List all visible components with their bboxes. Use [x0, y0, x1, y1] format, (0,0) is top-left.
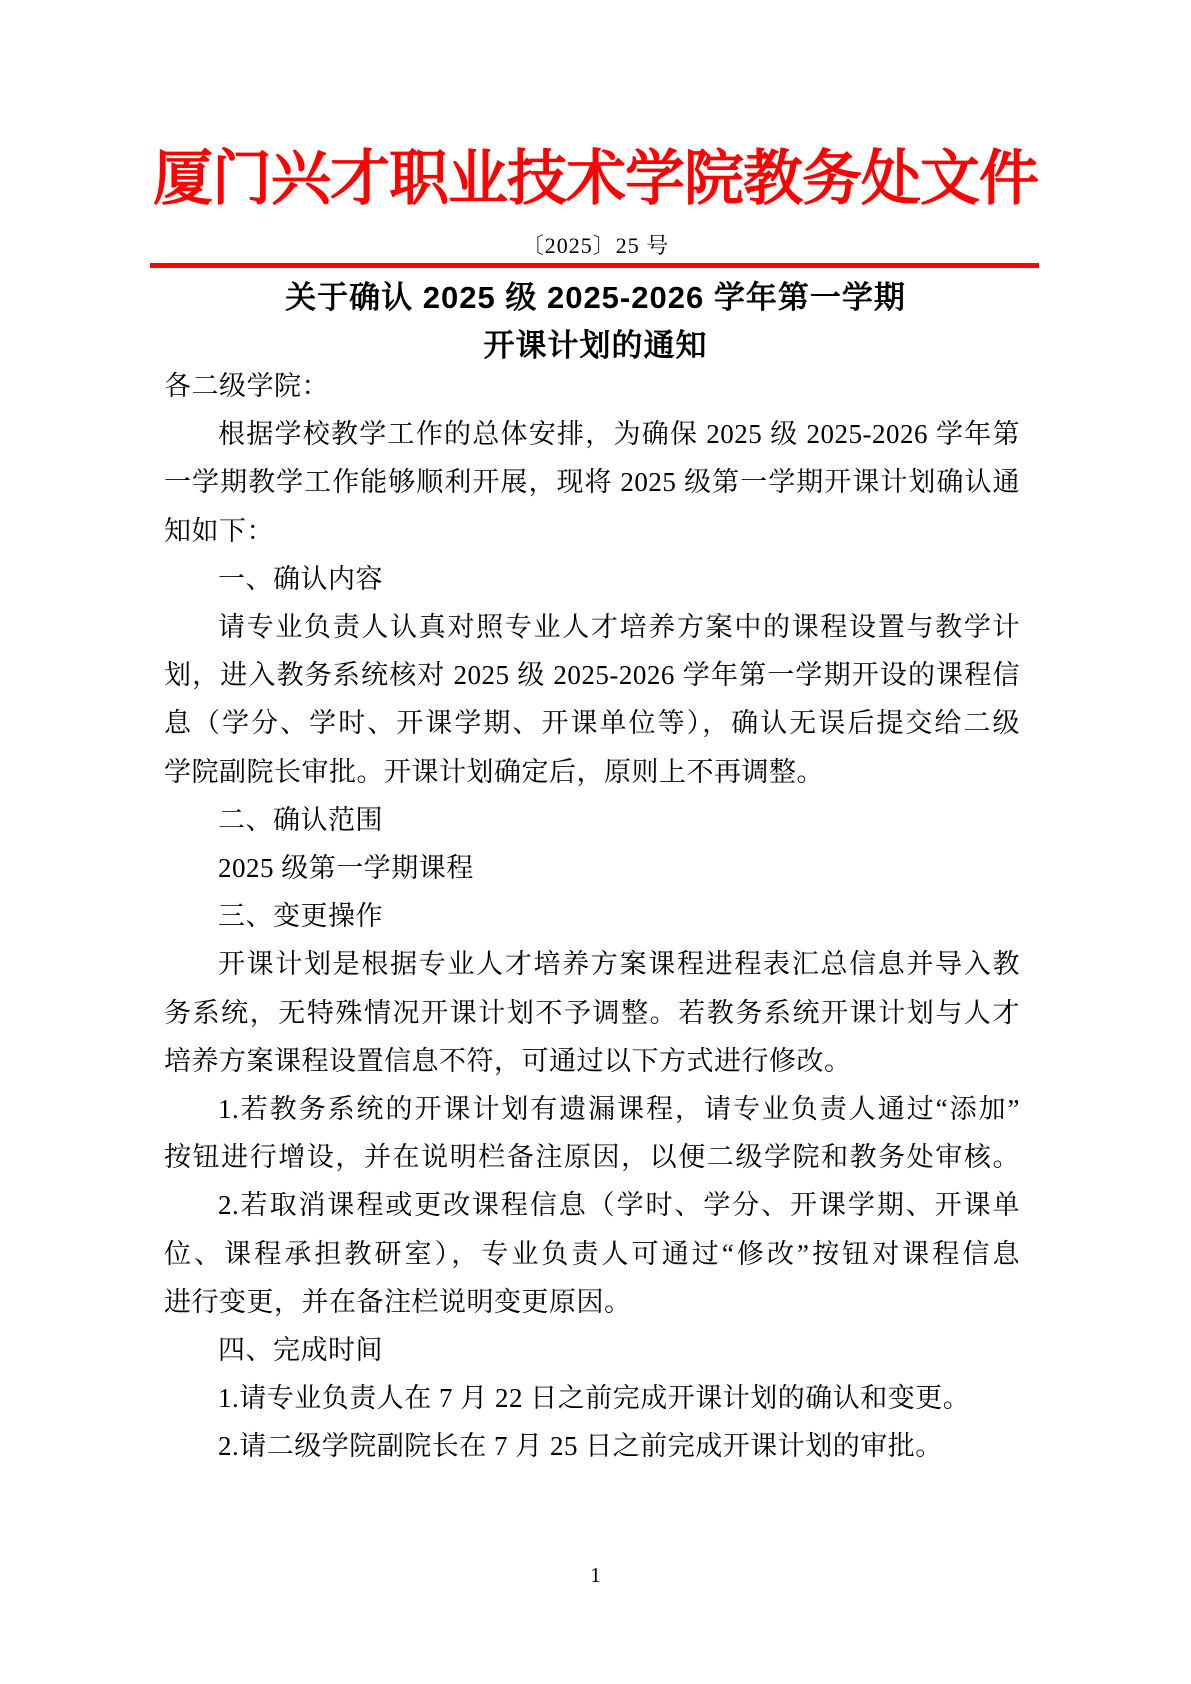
body-line-section-2: 二、确认范围 [164, 796, 1020, 844]
body-line: 务系统，无特殊情况开课计划不予调整。若教务系统开课计划与人才 [164, 989, 1020, 1037]
body-line: 根据学校教学工作的总体安排，为确保 2025 级 2025-2026 学年第 [164, 410, 1020, 458]
body-line-salutation: 各二级学院： [164, 362, 1020, 410]
body-line: 进行变更，并在备注栏说明变更原因。 [164, 1278, 1020, 1326]
body-line: 2.若取消课程或更改课程信息（学时、学分、开课学期、开课单 [164, 1181, 1020, 1229]
doc-body: 各二级学院： 根据学校教学工作的总体安排，为确保 2025 级 2025-202… [164, 362, 1020, 1471]
body-line: 1.若教务系统的开课计划有遗漏课程，请专业负责人通过“添加” [164, 1085, 1020, 1133]
body-line: 开课计划是根据专业人才培养方案课程进程表汇总信息并导入教 [164, 940, 1020, 988]
page-number: 1 [0, 1562, 1191, 1588]
body-line: 培养方案课程设置信息不符，可通过以下方式进行修改。 [164, 1037, 1020, 1085]
body-line-section-3: 三、变更操作 [164, 892, 1020, 940]
body-line: 请专业负责人认真对照专业人才培养方案中的课程设置与教学计 [164, 603, 1020, 651]
doc-title: 关于确认 2025 级 2025-2026 学年第一学期 开课计划的通知 [0, 274, 1191, 370]
org-title: 厦门兴才职业技术学院教务处文件 [0, 140, 1191, 218]
document-page: 厦门兴才职业技术学院教务处文件 〔2025〕25 号 关于确认 2025 级 2… [0, 0, 1191, 1684]
body-line-section-1: 一、确认内容 [164, 555, 1020, 603]
red-divider [150, 263, 1039, 268]
body-line: 2.请二级学院副院长在 7 月 25 日之前完成开课计划的审批。 [164, 1422, 1020, 1470]
doc-number: 〔2025〕25 号 [0, 232, 1191, 260]
body-line: 一学期教学工作能够顺利开展，现将 2025 级第一学期开课计划确认通 [164, 458, 1020, 506]
body-line: 2025 级第一学期课程 [164, 844, 1020, 892]
body-line: 知如下： [164, 507, 1020, 555]
body-line: 按钮进行增设，并在说明栏备注原因，以便二级学院和教务处审核。 [164, 1133, 1020, 1181]
body-line: 位、课程承担教研室），专业负责人可通过“修改”按钮对课程信息 [164, 1230, 1020, 1278]
body-line-section-4: 四、完成时间 [164, 1326, 1020, 1374]
body-line: 划，进入教务系统核对 2025 级 2025-2026 学年第一学期开设的课程信 [164, 651, 1020, 699]
body-line: 1.请专业负责人在 7 月 22 日之前完成开课计划的确认和变更。 [164, 1374, 1020, 1422]
doc-title-line-1: 关于确认 2025 级 2025-2026 学年第一学期 [0, 274, 1191, 322]
body-line: 学院副院长审批。开课计划确定后，原则上不再调整。 [164, 748, 1020, 796]
body-line: 息（学分、学时、开课学期、开课单位等），确认无误后提交给二级 [164, 699, 1020, 747]
